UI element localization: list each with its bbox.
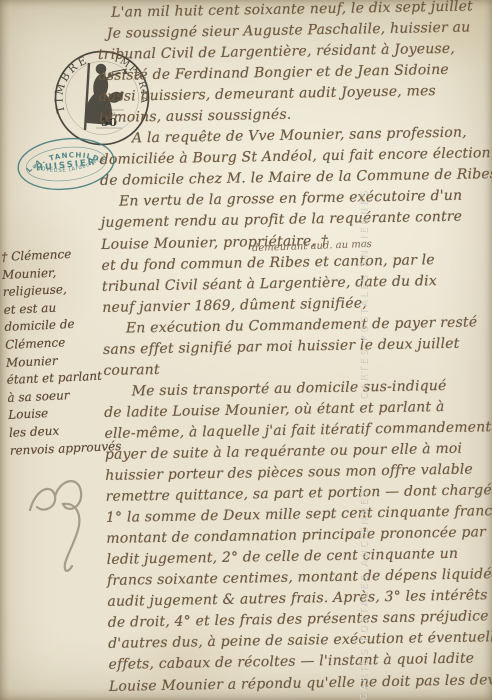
margin-note-line: renvois approuvés xyxy=(9,438,105,460)
margin-note: † ClémenceMounier,religieuse,et est audo… xyxy=(1,245,105,460)
watermark-text: CARTES POSTALES ANCIENNES xyxy=(359,70,373,400)
manuscript-body: L'an mil huit cent soixante neuf, le dix… xyxy=(97,0,492,697)
pencil-paraphe xyxy=(20,466,110,576)
manuscript-page: TIMBRE IMPERIAL. C xyxy=(0,0,492,700)
stamp-arc-left-label: TIMBRE xyxy=(53,53,91,114)
watermark-text: CARTES POSTALES ANCIENNES xyxy=(359,400,373,700)
